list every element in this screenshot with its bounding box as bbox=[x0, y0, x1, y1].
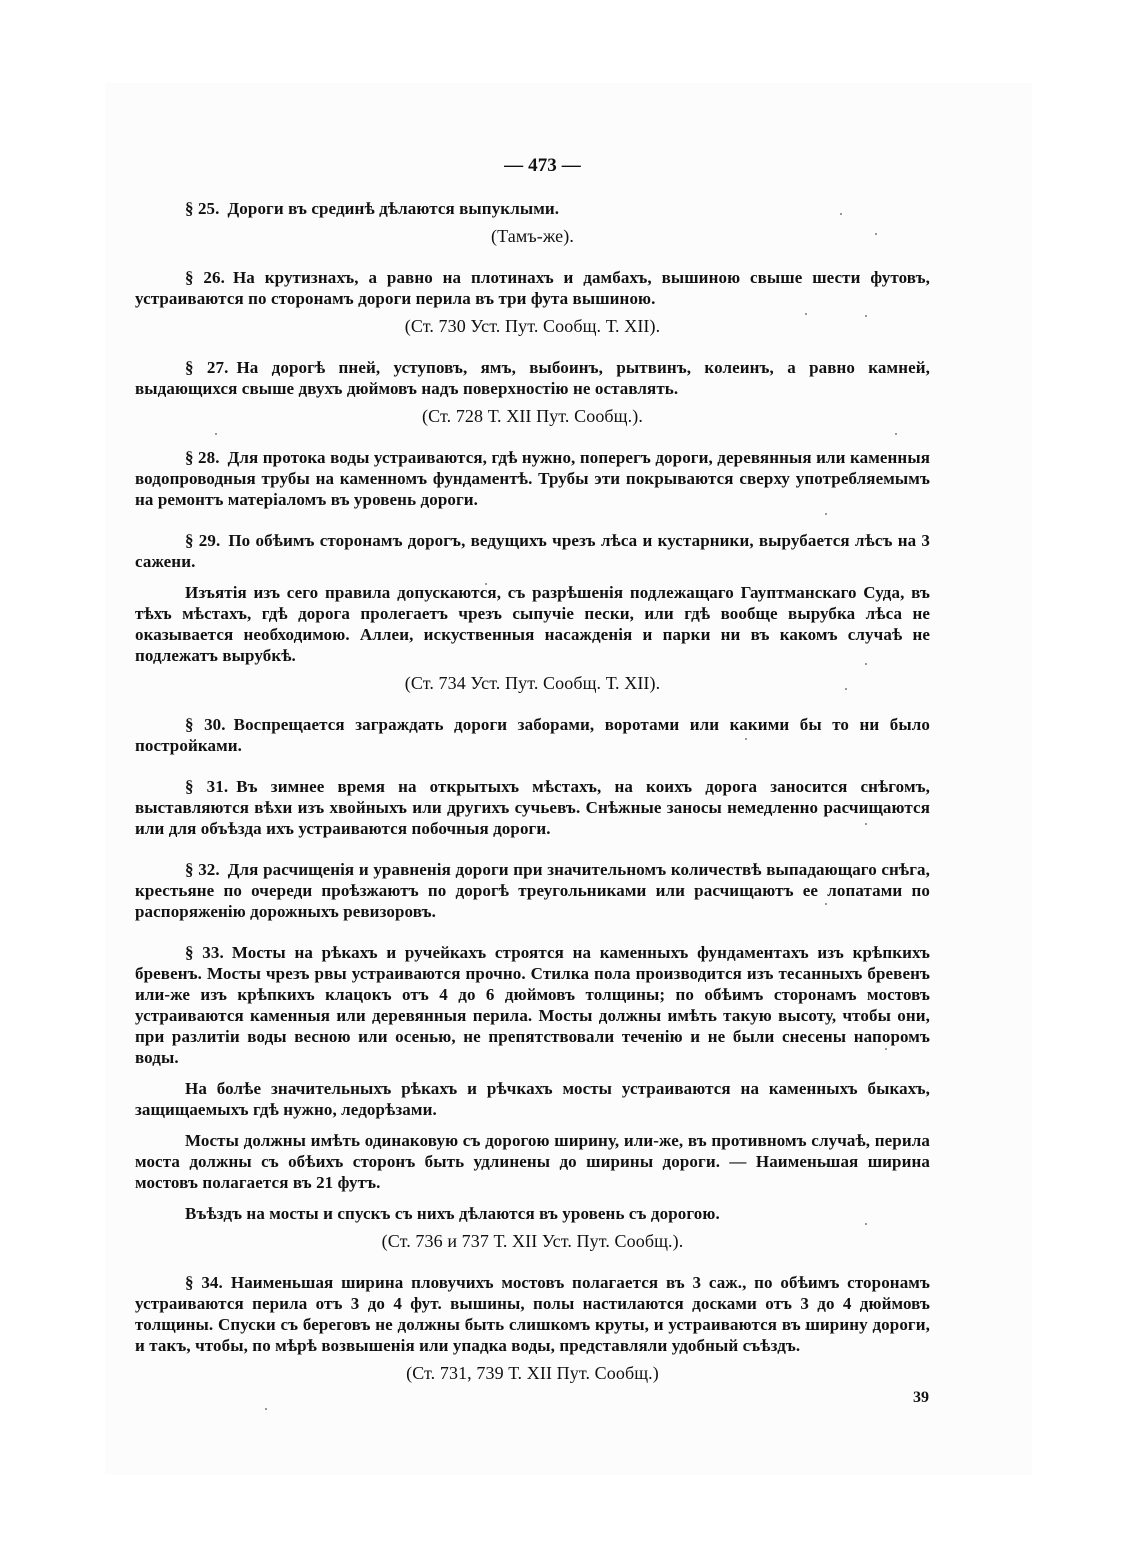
page-number: — 473 — bbox=[135, 155, 930, 176]
section-label: § 31. bbox=[185, 777, 228, 796]
scan-speck bbox=[805, 313, 807, 315]
scan-speck bbox=[805, 1328, 807, 1330]
section-label: § 28. bbox=[185, 448, 220, 467]
section-label: § 34. bbox=[185, 1273, 223, 1292]
section-27: § 27.На дорогѣ пней, уступовъ, ямъ, выбо… bbox=[135, 357, 930, 427]
scan-speck bbox=[825, 903, 827, 905]
section-citation: (Ст. 728 Т. XII Пут. Сообщ.). bbox=[135, 406, 930, 427]
section-paragraph: § 29.По обѣимъ сторонамъ дорогъ, ведущих… bbox=[135, 530, 930, 572]
scan-speck bbox=[840, 213, 842, 215]
section-label: § 30. bbox=[185, 715, 226, 734]
scan-speck bbox=[875, 233, 877, 235]
printer-signature-mark: 39 bbox=[913, 1389, 929, 1407]
section-label: § 32. bbox=[185, 860, 220, 879]
section-citation: (Тамъ-же). bbox=[135, 226, 930, 247]
section-label: § 26. bbox=[185, 268, 225, 287]
section-paragraph: § 30.Воспрещается заграждать дороги забо… bbox=[135, 714, 930, 756]
scan-speck bbox=[865, 315, 867, 317]
scan-speck bbox=[825, 1163, 827, 1165]
section-29: § 29.По обѣимъ сторонамъ дорогъ, ведущих… bbox=[135, 530, 930, 694]
section-26: § 26.На крутизнахъ, а равно на плотинахъ… bbox=[135, 267, 930, 337]
section-paragraph: Мосты должны имѣть одинаковую съ дорогою… bbox=[135, 1130, 930, 1193]
section-paragraph: На болѣе значительныхъ рѣкахъ и рѣчкахъ … bbox=[135, 1078, 930, 1120]
section-label: § 29. bbox=[185, 531, 220, 550]
section-citation: (Ст. 734 Уст. Пут. Сообщ. Т. XII). bbox=[135, 673, 930, 694]
section-33: § 33.Мосты на рѣкахъ и ручейкахъ строятс… bbox=[135, 942, 930, 1252]
section-citation: (Ст. 730 Уст. Пут. Сообщ. Т. XII). bbox=[135, 316, 930, 337]
scan-speck bbox=[825, 513, 827, 515]
scan-speck bbox=[485, 583, 487, 585]
section-paragraph: § 26.На крутизнахъ, а равно на плотинахъ… bbox=[135, 267, 930, 309]
scan-speck bbox=[865, 663, 867, 665]
section-30: § 30.Воспрещается заграждать дороги забо… bbox=[135, 714, 930, 756]
section-paragraph: § 27.На дорогѣ пней, уступовъ, ямъ, выбо… bbox=[135, 357, 930, 399]
section-label: § 27. bbox=[185, 358, 228, 377]
section-paragraph: Въѣздъ на мосты и спускъ съ нихъ дѣлаютс… bbox=[135, 1203, 930, 1224]
scan-speck bbox=[865, 1223, 867, 1225]
section-paragraph: § 34.Наименьшая ширина пловучихъ мостовъ… bbox=[135, 1272, 930, 1356]
section-34: § 34.Наименьшая ширина пловучихъ мостовъ… bbox=[135, 1272, 930, 1384]
section-paragraph: § 33.Мосты на рѣкахъ и ручейкахъ строятс… bbox=[135, 942, 930, 1068]
page-content: — 473 — § 25.Дороги въ срединѣ дѣлаются … bbox=[135, 155, 930, 1404]
scanned-page: — 473 — § 25.Дороги въ срединѣ дѣлаются … bbox=[105, 83, 1032, 1475]
section-paragraph: § 25.Дороги въ срединѣ дѣлаются выпуклым… bbox=[135, 198, 930, 219]
scan-speck bbox=[885, 1048, 887, 1050]
section-25: § 25.Дороги въ срединѣ дѣлаются выпуклым… bbox=[135, 198, 930, 247]
scan-speck bbox=[265, 1408, 267, 1410]
section-paragraph: § 28.Для протока воды устраиваются, гдѣ … bbox=[135, 447, 930, 510]
section-label: § 33. bbox=[185, 943, 224, 962]
scan-speck bbox=[865, 823, 867, 825]
section-citation: (Ст. 736 и 737 Т. XII Уст. Пут. Сообщ.). bbox=[135, 1231, 930, 1252]
scan-speck bbox=[215, 433, 217, 435]
section-paragraph: § 31.Въ зимнее время на открытыхъ мѣстах… bbox=[135, 776, 930, 839]
scan-speck bbox=[745, 738, 747, 740]
scan-speck bbox=[845, 688, 847, 690]
scan-speck bbox=[895, 433, 897, 435]
section-label: § 25. bbox=[185, 199, 220, 218]
section-citation: (Ст. 731, 739 Т. XII Пут. Сообщ.) bbox=[135, 1363, 930, 1384]
section-32: § 32.Для расчищенія и уравненія дороги п… bbox=[135, 859, 930, 922]
section-31: § 31.Въ зимнее время на открытыхъ мѣстах… bbox=[135, 776, 930, 839]
section-28: § 28.Для протока воды устраиваются, гдѣ … bbox=[135, 447, 930, 510]
section-paragraph: Изъятія изъ сего правила допускаются, съ… bbox=[135, 582, 930, 666]
section-paragraph: § 32.Для расчищенія и уравненія дороги п… bbox=[135, 859, 930, 922]
